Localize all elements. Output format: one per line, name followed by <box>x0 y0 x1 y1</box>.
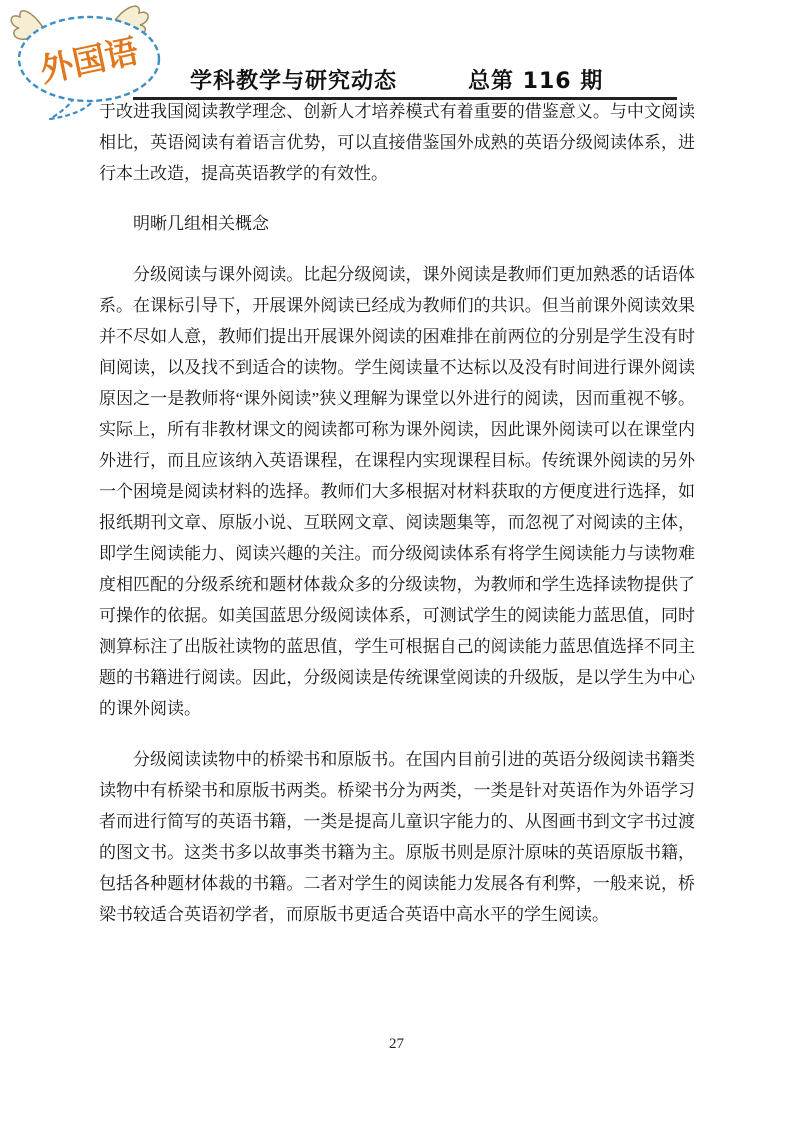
body-paragraph: 于改进我国阅读教学理念、创新人才培养模式有着重要的借鉴意义。与中文阅读相比，英语… <box>99 96 695 189</box>
article-body: 于改进我国阅读教学理念、创新人才培养模式有着重要的借鉴意义。与中文阅读相比，英语… <box>99 96 695 930</box>
document-page: 外国语 学科教学与研究动态 总第 116 期 于改进我国阅读教学理念、创新人才培… <box>0 0 793 1122</box>
body-paragraph: 分级阅读与课外阅读。比起分级阅读，课外阅读是教师们更加熟悉的话语体系。在课标引导… <box>99 259 695 724</box>
journal-title: 学科教学与研究动态 <box>190 64 397 95</box>
page-number: 27 <box>0 1036 793 1053</box>
page-header: 学科教学与研究动态 总第 116 期 <box>0 0 793 104</box>
section-heading: 明晰几组相关概念 <box>99 208 695 239</box>
issue-number: 总第 116 期 <box>468 64 603 95</box>
body-paragraph: 分级阅读读物中的桥梁书和原版书。在国内目前引进的英语分级阅读书籍类读物中有桥梁书… <box>99 744 695 930</box>
